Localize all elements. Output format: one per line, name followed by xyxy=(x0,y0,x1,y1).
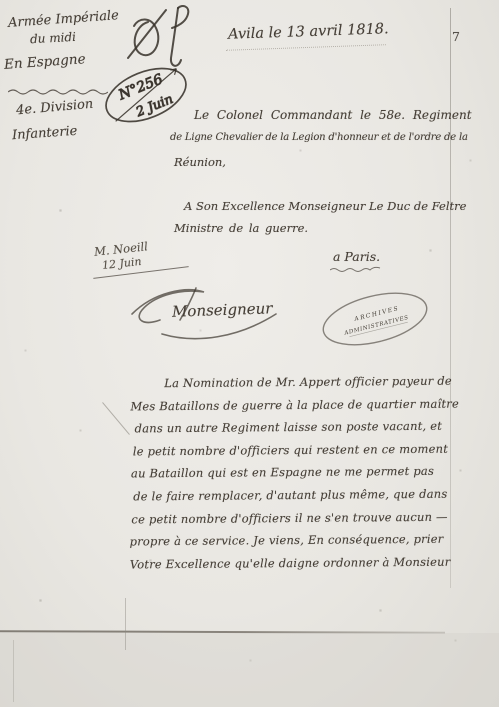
city-underline-squiggle-icon xyxy=(330,266,386,274)
body-line: au Bataillon qui est en Espagne ne me pe… xyxy=(131,460,460,485)
archive-stamp-line2: ADMINISTRATIVES xyxy=(343,315,409,337)
paper-speckles xyxy=(0,0,1,1)
archive-stamp: ARCHIVES ADMINISTRATIVES xyxy=(316,290,434,348)
body-line: La Nomination de Mr. Appert officier pay… xyxy=(130,370,459,395)
sender-line1: Le Colonel Commandant le 58e. Regiment xyxy=(194,108,472,122)
dateline-underline xyxy=(226,44,386,51)
sender-line3: Réunion, xyxy=(174,155,226,169)
army-header-line1: Armée Impériale xyxy=(8,8,120,31)
lower-sheet xyxy=(0,633,499,707)
page-fold-line-bottom-left xyxy=(13,640,14,702)
body-line: le petit nombre d'officiers qui restent … xyxy=(133,437,460,462)
wavy-underline-icon xyxy=(8,86,108,96)
body-line: propre à ce service. Je viens, En conséq… xyxy=(129,528,460,553)
recipient-line2: Ministre de la guerre. xyxy=(174,221,308,235)
army-header-line2: du midi xyxy=(30,30,77,46)
body-line: Mes Bataillons de guerre à la place de q… xyxy=(130,392,459,417)
body-line: dans un autre Regiment laisse son poste … xyxy=(135,415,460,440)
pencil-stroke xyxy=(102,402,130,435)
dateline: Avila le 13 avril 1818. xyxy=(228,21,389,43)
margin-note-line2: 12 Juin xyxy=(101,255,142,272)
division-line1: 4e. Division xyxy=(15,97,93,119)
body-line: Votre Excellence qu'elle daigne ordonner… xyxy=(130,550,461,575)
registry-stamp: N°256 2 Juin xyxy=(100,56,192,134)
scanned-letter-page: Armée Impériale du midi En Espagne 4e. D… xyxy=(0,0,499,707)
army-header-line3: En Espagne xyxy=(4,51,87,73)
body-paragraph: La Nomination de Mr. Appert officier pay… xyxy=(130,370,460,576)
sender-line2: de Ligne Chevalier de la Legion d'honneu… xyxy=(170,132,468,143)
division-line2: Infanterie xyxy=(12,124,78,144)
recipient-line1: A Son Excellence Monseigneur Le Duc de F… xyxy=(184,199,466,213)
body-line: ce petit nombre d'officiers il ne s'en t… xyxy=(131,505,460,530)
body-line: de le faire remplacer, d'autant plus mêm… xyxy=(133,483,460,508)
page-number: 7 xyxy=(452,29,460,44)
page-fold-line-bottom xyxy=(125,598,126,650)
salutation: Monseigneur xyxy=(172,299,273,320)
city-line: a Paris. xyxy=(333,249,380,264)
